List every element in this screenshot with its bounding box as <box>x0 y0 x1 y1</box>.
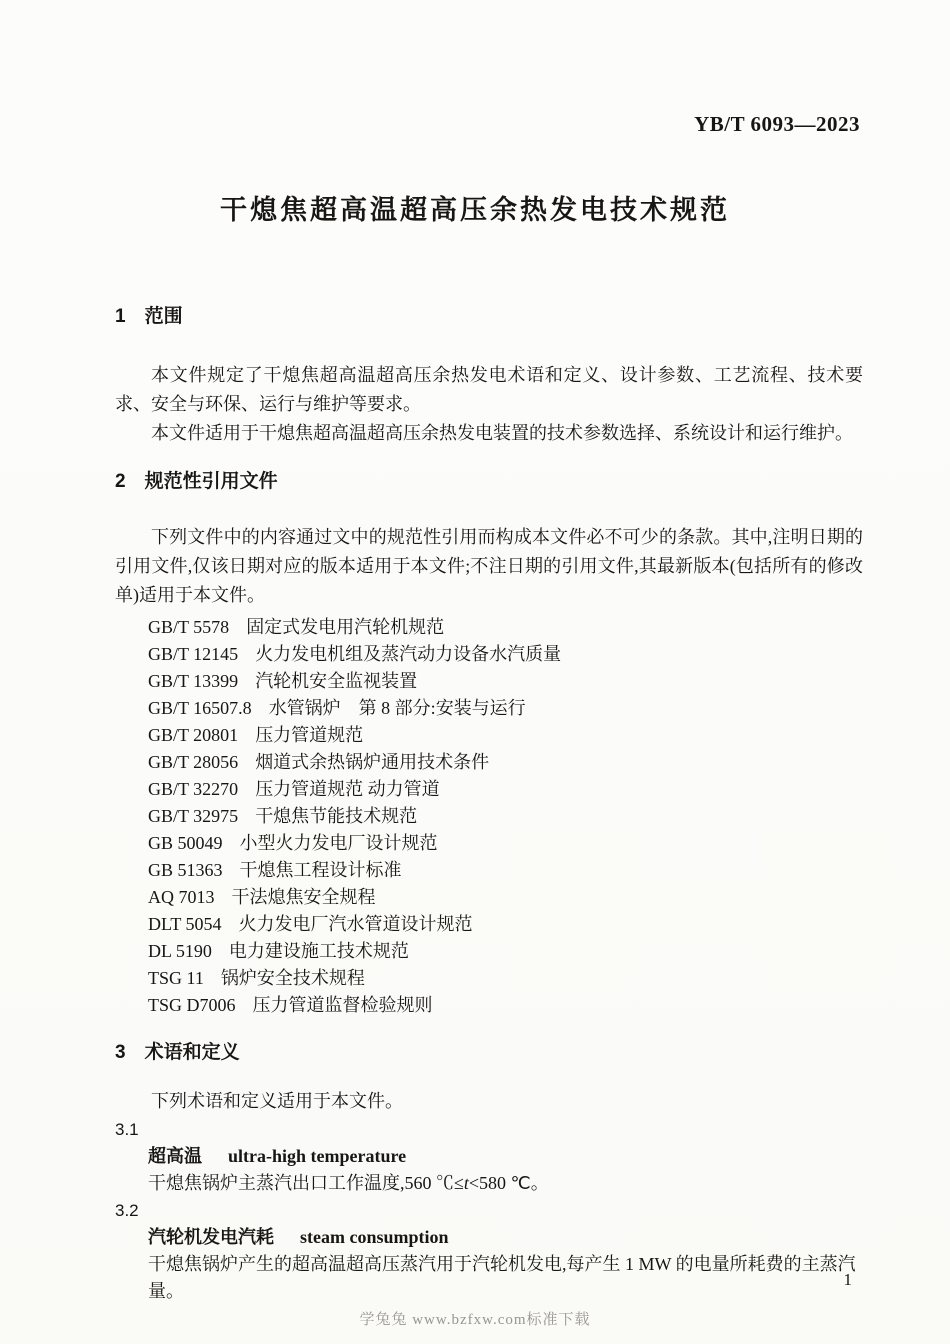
reference-title: 水管锅炉 第 8 部分:安装与运行 <box>269 698 526 718</box>
reference-title: 压力管道监督检验规则 <box>253 995 433 1015</box>
reference-title: 电力建设施工技术规范 <box>229 941 409 961</box>
reference-item: GB/T 16507.8水管锅炉 第 8 部分:安装与运行 <box>115 695 863 722</box>
term-definition: 干熄焦锅炉主蒸汽出口工作温度,560 ℃≤t<580 ℃。 <box>115 1170 863 1197</box>
reference-code: TSG 11 <box>148 965 204 992</box>
reference-code: DLT 5054 <box>148 911 222 938</box>
section-2-heading: 2规范性引用文件 <box>115 470 863 494</box>
watermark-text: 学兔兔 www.bzfxw.com标准下载 <box>0 1308 950 1329</box>
reference-item: DLT 5054火力发电厂汽水管道设计规范 <box>115 911 863 938</box>
term-block-3-2: 3.2 汽轮机发电汽耗steam consumption 干熄焦锅炉产生的超高温… <box>115 1197 863 1305</box>
section-3-heading: 3术语和定义 <box>115 1041 863 1065</box>
standard-number: YB/T 6093—2023 <box>694 112 860 137</box>
reference-item: GB/T 32975干熄焦节能技术规范 <box>115 803 863 830</box>
document-page: YB/T 6093—2023 干熄焦超高温超高压余热发电技术规范 1范围 本文件… <box>0 0 950 1344</box>
reference-item: TSG 11锅炉安全技术规程 <box>115 965 863 992</box>
reference-item: GB/T 32270压力管道规范 动力管道 <box>115 776 863 803</box>
reference-code: GB/T 32270 <box>148 776 238 803</box>
term-definition: 干熄焦锅炉产生的超高温超高压蒸汽用于汽轮机发电,每产生 1 MW 的电量所耗费的… <box>115 1251 863 1305</box>
section-2-title: 规范性引用文件 <box>145 471 278 492</box>
reference-code: DL 5190 <box>148 938 212 965</box>
reference-code: GB/T 28056 <box>148 749 238 776</box>
term-block-3-1: 3.1 超高温ultra-high temperature 干熄焦锅炉主蒸汽出口… <box>115 1116 863 1197</box>
reference-item: TSG D7006压力管道监督检验规则 <box>115 992 863 1019</box>
reference-title: 锅炉安全技术规程 <box>221 968 365 988</box>
reference-code: GB/T 5578 <box>148 614 229 641</box>
reference-title: 固定式发电用汽轮机规范 <box>246 617 444 637</box>
reference-code: AQ 7013 <box>148 884 215 911</box>
reference-title: 压力管道规范 <box>255 725 363 745</box>
term-name-line: 汽轮机发电汽耗steam consumption <box>115 1224 863 1251</box>
term-definition-text: 干熄焦锅炉主蒸汽出口工作温度,560 ℃≤ <box>148 1173 464 1193</box>
reference-code: GB 51363 <box>148 857 223 884</box>
document-body: 1范围 本文件规定了干熄焦超高温超高压余热发电术语和定义、设计参数、工艺流程、技… <box>115 305 863 1305</box>
document-title: 干熄焦超高温超高压余热发电技术规范 <box>0 188 950 227</box>
reference-title: 火力发电机组及蒸汽动力设备水汽质量 <box>255 644 561 664</box>
reference-item: GB 51363干熄焦工程设计标准 <box>115 857 863 884</box>
reference-code: GB/T 20801 <box>148 722 238 749</box>
scope-paragraph-1: 本文件规定了干熄焦超高温超高压余热发电术语和定义、设计参数、工艺流程、技术要求、… <box>115 361 863 419</box>
term-name-en: steam consumption <box>300 1227 449 1247</box>
section-3-title: 术语和定义 <box>145 1042 240 1063</box>
term-name-zh: 超高温 <box>148 1146 202 1166</box>
reference-title: 汽轮机安全监视装置 <box>255 671 417 691</box>
reference-code: TSG D7006 <box>148 992 236 1019</box>
term-name-en: ultra-high temperature <box>228 1146 406 1166</box>
section-2-number: 2 <box>115 471 126 492</box>
reference-item: GB/T 20801压力管道规范 <box>115 722 863 749</box>
reference-title: 小型火力发电厂设计规范 <box>240 833 438 853</box>
section-1-title: 范围 <box>145 306 183 327</box>
reference-item: GB/T 28056烟道式余热锅炉通用技术条件 <box>115 749 863 776</box>
reference-title: 干熄焦工程设计标准 <box>240 860 402 880</box>
reference-list: GB/T 5578固定式发电用汽轮机规范 GB/T 12145火力发电机组及蒸汽… <box>115 614 863 1019</box>
reference-code: GB/T 13399 <box>148 668 238 695</box>
reference-item: DL 5190电力建设施工技术规范 <box>115 938 863 965</box>
term-definition-text: <580 ℃。 <box>469 1173 549 1193</box>
terms-intro: 下列术语和定义适用于本文件。 <box>115 1087 863 1116</box>
reference-title: 火力发电厂汽水管道设计规范 <box>239 914 473 934</box>
normative-references-intro: 下列文件中的内容通过文中的规范性引用而构成本文件必不可少的条款。其中,注明日期的… <box>115 523 863 610</box>
scope-paragraph-2: 本文件适用于干熄焦超高温超高压余热发电装置的技术参数选择、系统设计和运行维护。 <box>115 419 863 448</box>
section-3-number: 3 <box>115 1042 126 1063</box>
term-number: 3.1 <box>115 1116 863 1143</box>
section-1-heading: 1范围 <box>115 305 863 329</box>
term-name-zh: 汽轮机发电汽耗 <box>148 1227 274 1247</box>
reference-item: GB/T 12145火力发电机组及蒸汽动力设备水汽质量 <box>115 641 863 668</box>
reference-title: 干法熄焦安全规程 <box>232 887 376 907</box>
reference-title: 压力管道规范 动力管道 <box>255 779 440 799</box>
term-name-line: 超高温ultra-high temperature <box>115 1143 863 1170</box>
term-definition-text: 干熄焦锅炉产生的超高温超高压蒸汽用于汽轮机发电,每产生 1 MW 的电量所耗费的… <box>148 1254 856 1301</box>
term-number: 3.2 <box>115 1197 863 1224</box>
reference-item: AQ 7013干法熄焦安全规程 <box>115 884 863 911</box>
page-number: 1 <box>844 1270 853 1290</box>
section-1-number: 1 <box>115 306 126 327</box>
reference-code: GB 50049 <box>148 830 223 857</box>
reference-title: 烟道式余热锅炉通用技术条件 <box>255 752 489 772</box>
reference-code: GB/T 16507.8 <box>148 695 252 722</box>
reference-item: GB 50049小型火力发电厂设计规范 <box>115 830 863 857</box>
reference-code: GB/T 32975 <box>148 803 238 830</box>
reference-code: GB/T 12145 <box>148 641 238 668</box>
reference-item: GB/T 13399汽轮机安全监视装置 <box>115 668 863 695</box>
reference-item: GB/T 5578固定式发电用汽轮机规范 <box>115 614 863 641</box>
reference-title: 干熄焦节能技术规范 <box>255 806 417 826</box>
